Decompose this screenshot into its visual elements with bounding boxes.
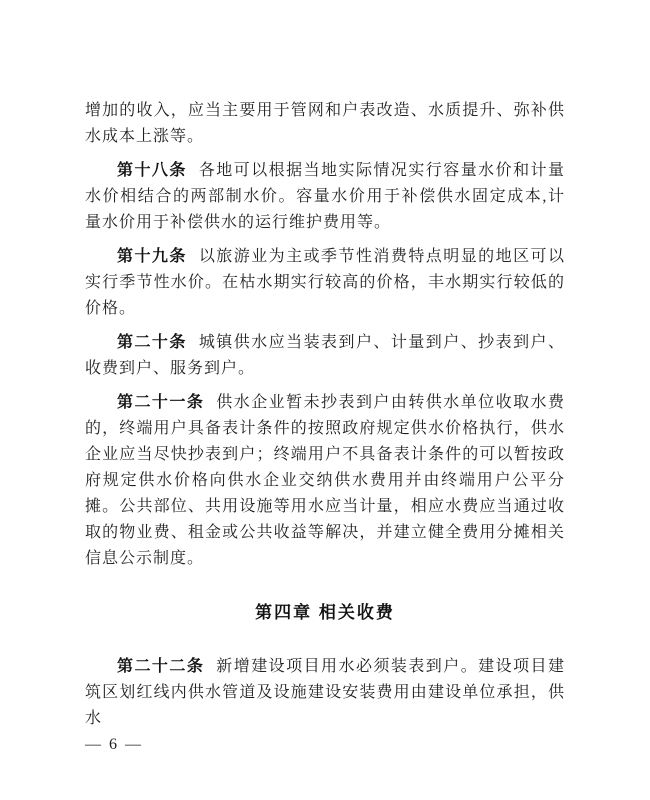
- document-page: 增加的收入，应当主要用于管网和户表改造、水质提升、弥补供水成本上涨等。第十八条各…: [0, 0, 650, 800]
- paragraph: 第二十二条新增建设项目用水必须装表到户。建设项目建筑区划红线内供水管道及设施建设…: [85, 654, 565, 732]
- article-number: 第二十一条: [117, 394, 204, 411]
- document-body: 增加的收入，应当主要用于管网和户表改造、水质提升、弥补供水成本上涨等。第十八条各…: [0, 0, 650, 732]
- paragraph: 第二十条城镇供水应当装表到户、计量到户、抄表到户、收费到户、服务到户。: [85, 330, 565, 382]
- paragraph: 增加的收入，应当主要用于管网和户表改造、水质提升、弥补供水成本上涨等。: [85, 98, 565, 150]
- paragraph: 第二十一条供水企业暂未抄表到户由转供水单位收取水费的，终端用户具备表计条件的按照…: [85, 390, 565, 572]
- article-number: 第十八条: [117, 162, 187, 179]
- chapter-heading: 第四章 相关收费: [85, 600, 565, 626]
- article-number: 第十九条: [117, 248, 187, 265]
- article-number: 第二十条: [117, 334, 187, 351]
- page-number: — 6 —: [0, 732, 650, 758]
- article-number: 第二十二条: [117, 658, 204, 675]
- paragraph: 第十九条以旅游业为主或季节性消费特点明显的地区可以实行季节性水价。在枯水期实行较…: [85, 244, 565, 322]
- paragraph: 第十八条各地可以根据当地实际情况实行容量水价和计量水价相结合的两部制水价。容量水…: [85, 158, 565, 236]
